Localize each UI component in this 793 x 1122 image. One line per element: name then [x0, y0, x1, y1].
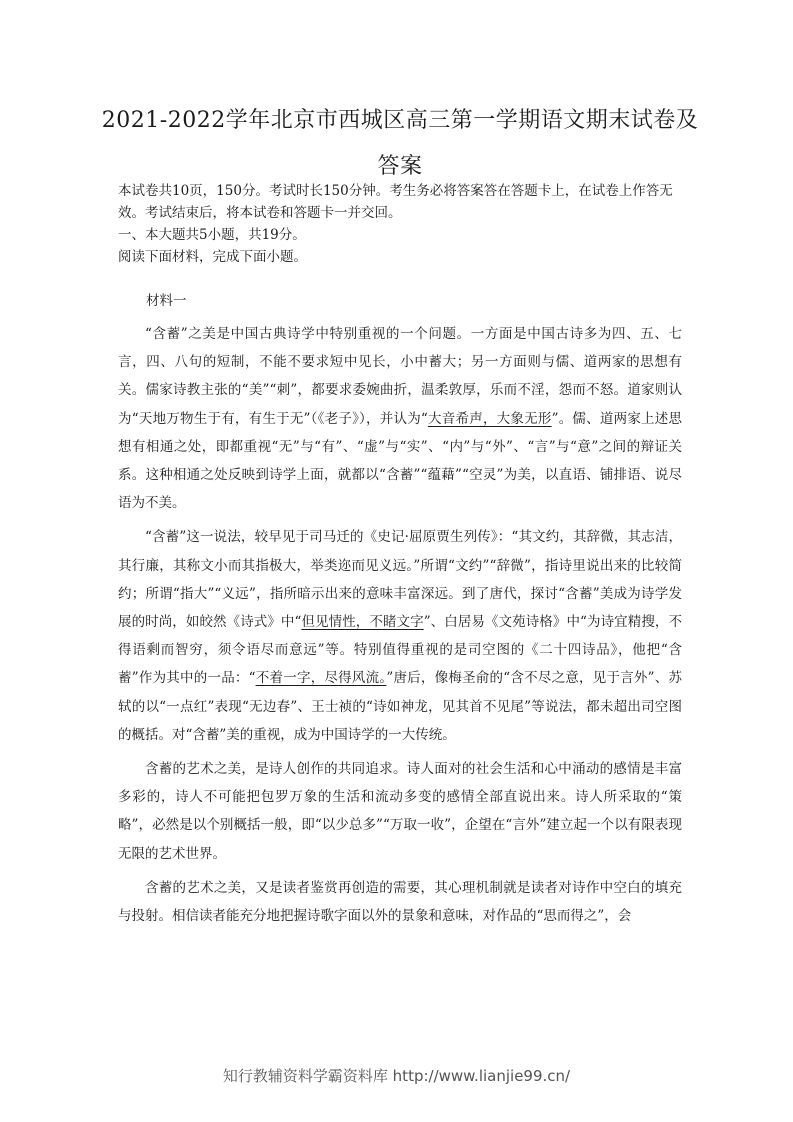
footer-watermark: 知行教辅资料学霸资料库 http://www.lianjie99.cn/ — [0, 1065, 793, 1086]
paragraph-3: 含蓄的艺术之美，是诗人创作的共同追求。诗人面对的社会生活和心中涌动的感情是丰富多… — [118, 755, 682, 868]
material-label: 材料一 — [146, 291, 187, 311]
material-body: “含蓄”之美是中国古典诗学中特别重视的一个问题。一方面是中国古诗多为四、五、七言… — [118, 320, 682, 936]
exam-instructions: 本试卷共10页，150分。考试时长150分钟。考生务必将答案答在答题卡上，在试卷… — [118, 180, 682, 268]
paragraph-text: 含蓄的艺术之美，又是读者鉴赏再创造的需要，其心理机制就是读者对诗作中空白的填充与… — [118, 880, 682, 924]
underlined-quote: 但见情性，不睹文字 — [301, 614, 423, 630]
title-line-1: 2021-2022学年北京市西城区高三第一学期语文期末试卷及 — [100, 98, 700, 144]
paragraph-4: 含蓄的艺术之美，又是读者鉴赏再创造的需要，其心理机制就是读者对诗作中空白的填充与… — [118, 874, 682, 930]
reading-prompt: 阅读下面材料，完成下面小题。 — [118, 246, 682, 268]
instructions-text: 本试卷共10页，150分。考试时长150分钟。考生务必将答案答在答题卡上，在试卷… — [118, 180, 682, 224]
paragraph-1: “含蓄”之美是中国古典诗学中特别重视的一个问题。一方面是中国古诗多为四、五、七言… — [118, 320, 682, 517]
paragraph-text: 含蓄的艺术之美，是诗人创作的共同追求。诗人面对的社会生活和心中涌动的感情是丰富多… — [118, 761, 682, 862]
document-title: 2021-2022学年北京市西城区高三第一学期语文期末试卷及 答案 — [100, 98, 700, 190]
section-heading: 一、本大题共5小题，共19分。 — [118, 224, 682, 246]
paragraph-2: “含蓄”这一说法，较早见于司马迁的《史记·屈原贾生列传》：“其文约，其辞微，其志… — [118, 523, 682, 749]
underlined-quote: 不着一字，尽得风流。 — [256, 670, 387, 686]
underlined-quote: 大音希声，大象无形 — [428, 411, 552, 427]
